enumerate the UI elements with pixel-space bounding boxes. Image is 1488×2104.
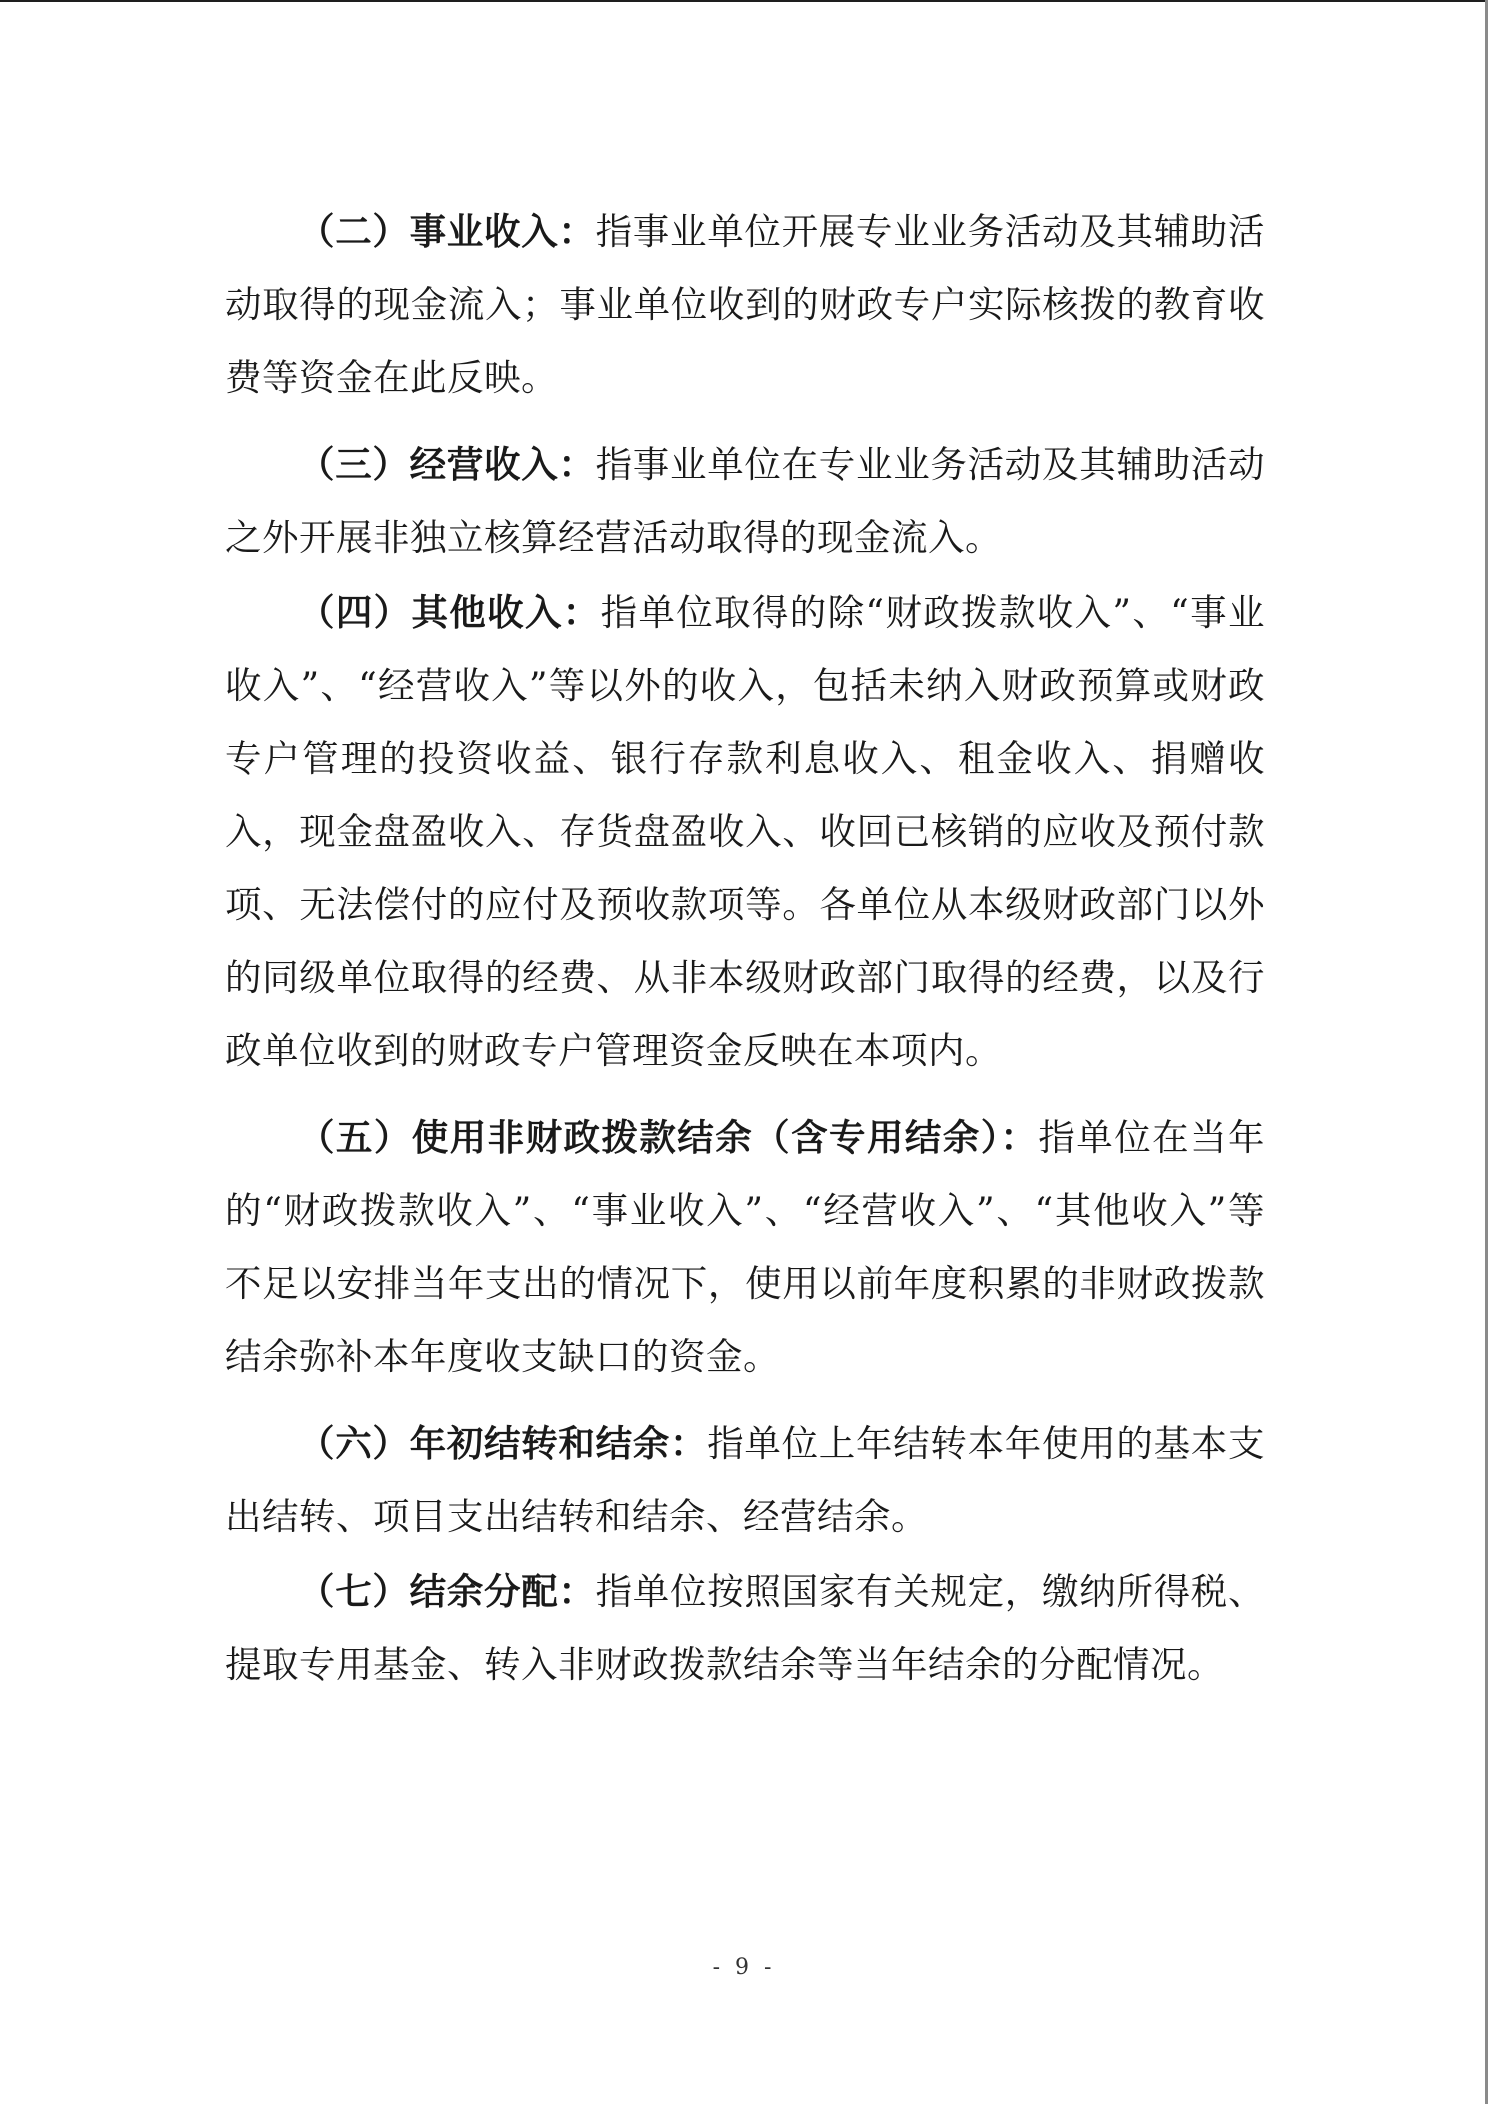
document-body: （二）事业收入：指事业单位开展专业业务活动及其辅助活动取得的现金流入；事业单位收… [225,195,1265,1701]
term-label: （六）年初结转和结余： [298,1422,707,1465]
paragraph-operating-income: （三）经营收入：指事业单位在专业业务活动及其辅助活动之外开展非独立核算经营活动取… [225,428,1265,574]
term-label: （七）结余分配： [298,1570,596,1613]
paragraph-other-income: （四）其他收入：指单位取得的除“财政拨款收入”、“事业收入”、“经营收入”等以外… [225,576,1265,1087]
paragraph-text: 指单位取得的除“财政拨款收入”、“事业收入”、“经营收入”等以外的收入，包括未纳… [225,591,1265,1072]
page-number: - 9 - [0,1955,1488,1980]
paragraph-business-income: （二）事业收入：指事业单位开展专业业务活动及其辅助活动取得的现金流入；事业单位收… [225,195,1265,414]
paragraph-non-fiscal-surplus-use: （五）使用非财政拨款结余（含专用结余）：指单位在当年的“财政拨款收入”、“事业收… [225,1101,1265,1393]
term-label: （五）使用非财政拨款结余（含专用结余）： [298,1116,1038,1159]
term-label: （二）事业收入： [298,210,596,253]
term-label: （三）经营收入： [298,443,596,486]
paragraph-surplus-distribution: （七）结余分配：指单位按照国家有关规定，缴纳所得税、提取专用基金、转入非财政拨款… [225,1555,1265,1701]
paragraph-opening-carryover: （六）年初结转和结余：指单位上年结转本年使用的基本支出结转、项目支出结转和结余、… [225,1407,1265,1553]
page-top-border [0,0,1488,2]
term-label: （四）其他收入： [298,591,601,634]
